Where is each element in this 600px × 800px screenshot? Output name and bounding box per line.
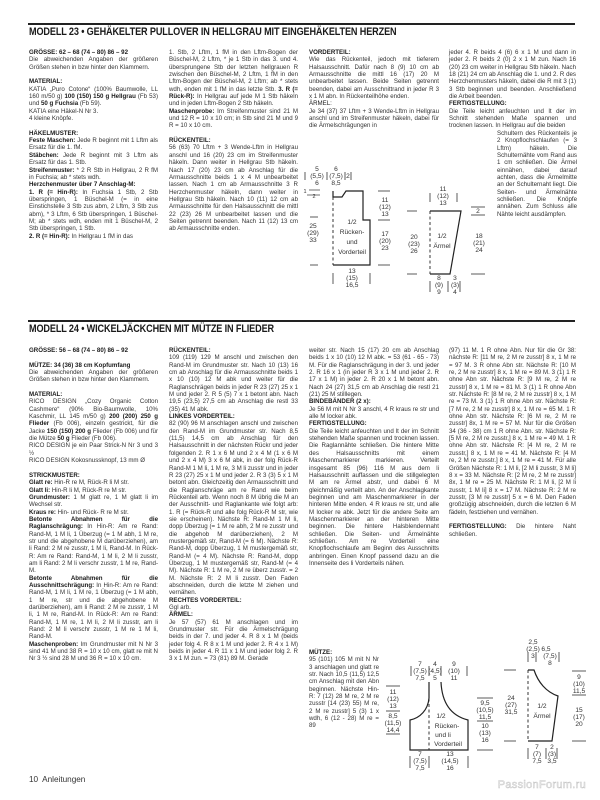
- svg-text:(17): (17): [573, 714, 585, 721]
- material-heading: MATERIAL:: [29, 78, 158, 85]
- fertigstellung-text-2: Schultern des Rückenteils je 2 Knopfloch…: [497, 130, 577, 218]
- modell23-column-3: VORDERTEIL: Wie das Rückenteil, jedoch m…: [309, 49, 439, 130]
- schematic-sleeve-modell-24: 2,5 (2,5) 3 6,5 (7,5) 8 24 (27) 31,5 1/2…: [500, 638, 595, 778]
- svg-text:11: 11: [382, 197, 389, 204]
- svg-text:(7,5): (7,5): [329, 173, 343, 180]
- glatt-li-text: Glatt li: Hin-R li M, Rück-R re M str.: [29, 487, 158, 494]
- svg-text:1: 1: [303, 189, 306, 195]
- svg-text:31,5: 31,5: [505, 709, 518, 716]
- rueckenteil-text: 109 (119) 129 M anschl und zwischen den …: [169, 354, 298, 413]
- material-needle: KATIA eine Häkel-N Nr 3.: [29, 108, 158, 115]
- svg-text:2,5: 2,5: [528, 639, 537, 646]
- svg-text:11: 11: [390, 689, 397, 696]
- svg-text:13: 13: [381, 211, 389, 218]
- svg-text:(27): (27): [505, 702, 517, 709]
- staebchen-text: Stäbchen: Jede R beginnt mit 3 Lftm als …: [29, 152, 158, 167]
- svg-text:11: 11: [440, 186, 447, 193]
- aermel-text: Je 57 (57) 61 M anschlagen und im Grundm…: [169, 619, 298, 663]
- groesse-heading: GRÖSSE: 62 – 68 (74 – 80) 86 – 92: [29, 49, 158, 56]
- svg-text:10: 10: [481, 723, 489, 730]
- haekelmuster-heading: HÄKELMUSTER:: [29, 130, 158, 137]
- feste-maschen-text: Feste Maschen: Jede R beginnt mit 1 Lftm…: [29, 137, 158, 152]
- svg-text:16,5: 16,5: [346, 282, 359, 289]
- svg-text:7: 7: [535, 744, 539, 751]
- herzchenmuster-heading: Herzchenmuster über 7 Anschlag-M:: [29, 181, 158, 188]
- svg-text:7,5: 7,5: [415, 675, 424, 682]
- svg-text:(2,5): (2,5): [526, 646, 540, 653]
- rechtes-vorderteil-text: Ggl arb.: [169, 604, 298, 611]
- ausschnitt-abnahmen-text: Betonte Abnahmen für die Ausschnittschrä…: [29, 575, 158, 641]
- svg-text:20: 20: [410, 234, 418, 241]
- svg-text:(15): (15): [346, 275, 358, 282]
- aermel-continued: jeder 4. R beids 4 (6) 6 x 1 M und dann …: [449, 49, 576, 100]
- page-number: 10: [29, 775, 38, 784]
- svg-text:11,5: 11,5: [479, 714, 492, 721]
- row-1-text: 1. R (= Hin-R): In Fuchsia 1 Stb, 2 Stb …: [29, 189, 158, 233]
- svg-text:14,4: 14,4: [387, 727, 400, 734]
- modell24-column-2: RÜCKENTEIL: 109 (119) 129 M anschl und z…: [169, 347, 298, 663]
- row-2-text: 2. R (= Hin-R): In Hellgrau 1 fM in das: [29, 233, 158, 240]
- svg-text:6: 6: [315, 180, 319, 187]
- svg-text:(7): (7): [533, 751, 541, 758]
- material-buttons: 4 kleine Knöpfe.: [29, 115, 158, 122]
- aermel-text: Je 34 (37) 37 Lftm + 3 Wende-Lftm in Hel…: [309, 108, 439, 130]
- svg-text:5: 5: [315, 166, 319, 173]
- svg-text:25: 25: [309, 223, 317, 230]
- svg-text:(12): (12): [437, 193, 449, 200]
- svg-text:1/2: 1/2: [537, 703, 546, 710]
- svg-text:(3): (3): [548, 751, 556, 758]
- svg-text:(29): (29): [307, 230, 319, 237]
- modell24-column-4: (97) 11 M. 1 R ohne Abn. Nur für die Gr …: [449, 347, 576, 538]
- svg-text:(23): (23): [408, 241, 420, 248]
- svg-text:(12): (12): [387, 696, 399, 703]
- modell23-column-1: GRÖSSE: 62 – 68 (74 – 80) 86 – 92 Die ab…: [29, 49, 158, 240]
- svg-text:(5,5): (5,5): [310, 173, 324, 180]
- fertigstellung-text-1: Die Teile leicht anfeuchten und lt der i…: [449, 108, 576, 130]
- groesse-text: Die abweichenden Angaben der größeren Gr…: [29, 56, 158, 71]
- section-title-modell-24: MODELL 24 • WICKELJÄCKCHEN MIT MÜTZE IN …: [29, 323, 274, 335]
- svg-text:3,5: 3,5: [547, 758, 556, 765]
- svg-text:11,5: 11,5: [573, 688, 586, 695]
- streifenmuster-text: Streifenmuster: * 2 R Stb in Hellgrau, 2…: [29, 167, 158, 182]
- muetze-size-heading: MÜTZE: 34 (36) 38 cm Kopfumfang: [29, 362, 158, 369]
- rueckenteil-heading: RÜCKENTEIL:: [169, 347, 298, 354]
- bindebaender-text: Je 56 M mit N Nr 3 anschl, 4 R kraus re …: [309, 406, 439, 421]
- linkes-vorderteil-text: 82 (90) 96 M anschlagen anschl und zwisc…: [169, 420, 298, 596]
- svg-text:8,5: 8,5: [331, 180, 340, 187]
- svg-text:Rücken-: Rücken-: [435, 723, 460, 730]
- svg-text:11: 11: [451, 675, 458, 682]
- muetze-text: 95 (101) 105 M mit N Nr 3 anschlagen und…: [309, 656, 379, 729]
- svg-text:18: 18: [475, 233, 483, 240]
- material-text: KATIA „Puro Cotone“ (100% Baumwolle, LL …: [29, 86, 158, 108]
- linkes-vorderteil-heading: LINKES VORDERTEIL:: [169, 413, 298, 420]
- svg-text:16: 16: [446, 765, 454, 772]
- svg-text:7: 7: [418, 661, 422, 668]
- svg-text:23: 23: [381, 245, 389, 252]
- magazine-page: MODELL 23 • GEHÄKELTER PULLOVER IN HELLG…: [0, 0, 600, 800]
- svg-text:8: 8: [548, 660, 552, 667]
- svg-text:26: 26: [410, 248, 418, 255]
- fertigstellung-muetze-text: FERTIGSTELLUNG: Die hintere Naht schließ…: [449, 523, 576, 538]
- svg-text:13: 13: [446, 751, 454, 758]
- vorderteil-text: Wie das Rückenteil, jedoch mit tieferem …: [309, 56, 439, 100]
- svg-text:(3): (3): [451, 282, 459, 289]
- muetze-continued: (97) 11 M. 1 R ohne Abn. Nur für die Gr …: [449, 347, 576, 516]
- fertigstellung-heading: FERTIGSTELLUNG:: [309, 420, 439, 427]
- section-title-modell-23: MODELL 23 • GEHÄKELTER PULLOVER IN HELLG…: [29, 26, 396, 38]
- strickmuster-heading: STRICKMUSTER:: [29, 472, 158, 479]
- watermark: PassionForum.ru: [498, 779, 586, 791]
- svg-text:13: 13: [439, 200, 447, 207]
- aermel-continued: weiter str. Nach 15 (17) 20 cm ab Anschl…: [309, 347, 439, 398]
- svg-text:1/2: 1/2: [436, 713, 445, 720]
- material-text: RICO DESIGN „Cozy Organic Cotton Cashmer…: [29, 398, 158, 442]
- svg-text:4: 4: [453, 289, 457, 296]
- material-button: RICO DESIGN Kokosnussknopf, 13 mm Ø: [29, 457, 158, 464]
- svg-text:6,5: 6,5: [541, 646, 550, 653]
- svg-text:8: 8: [437, 275, 441, 282]
- material-heading: MATERIAL:: [29, 391, 158, 398]
- groesse-heading: GRÖSSE: 56 – 68 (74 – 80) 86 – 92: [29, 347, 158, 354]
- svg-text:Rücken-: Rücken-: [340, 229, 365, 236]
- grundmuster-text: Grundmuster: 1 M glatt re, 1 M glatt li …: [29, 494, 158, 509]
- svg-text:Ärmel: Ärmel: [533, 712, 551, 720]
- svg-text:7,5: 7,5: [415, 765, 424, 772]
- section-rule-modell-24: [28, 320, 575, 322]
- modell23-column-4: jeder 4. R beids 4 (6) 6 x 1 M und dann …: [449, 49, 576, 130]
- schematic-body-modell-23: 5 (5,5) 6 6 (7,5) 8,5 2 1 2 25 (29) 33: [300, 160, 410, 300]
- svg-text:9: 9: [437, 289, 441, 296]
- svg-text:33: 33: [309, 237, 317, 244]
- svg-text:24: 24: [475, 247, 483, 254]
- muetze-heading: MÜTZE:: [309, 649, 379, 656]
- aermel-heading: ÄRMEL:: [309, 100, 439, 107]
- svg-text:24: 24: [507, 695, 515, 702]
- fertigstellung-text: Die Teile leicht anfeuchten und lt der i…: [309, 428, 439, 568]
- svg-text:1/2: 1/2: [437, 233, 446, 240]
- svg-text:(7,5): (7,5): [413, 758, 427, 765]
- svg-text:3: 3: [453, 275, 457, 282]
- raglan-abnahmen-text: Betonte Abnahmen für die Raglanschrägung…: [29, 516, 158, 575]
- svg-text:15: 15: [575, 707, 583, 714]
- svg-text:(7,5): (7,5): [413, 668, 427, 675]
- svg-text:9,5: 9,5: [480, 700, 489, 707]
- svg-text:(10,5): (10,5): [476, 707, 493, 714]
- svg-text:7,5: 7,5: [532, 758, 541, 765]
- bindebaender-heading: BINDEBÄNDER (2 x):: [309, 398, 439, 405]
- glatt-re-text: Glatt re: Hin-R re M, Rück-R li M str.: [29, 479, 158, 486]
- schematic-sleeve-modell-23: 11 (12) 13 20 (23) 26 1/2 Ärmel 2 18 (21…: [405, 185, 487, 300]
- groesse-text: Die abweichenden Angaben der größeren Gr…: [29, 369, 158, 384]
- svg-text:2: 2: [476, 208, 480, 215]
- svg-text:16: 16: [481, 737, 489, 744]
- svg-text:(12): (12): [379, 204, 391, 211]
- svg-text:(9): (9): [435, 282, 443, 289]
- svg-text:(21): (21): [473, 240, 485, 247]
- svg-text:17: 17: [381, 231, 389, 238]
- svg-text:(4,5): (4,5): [428, 668, 442, 675]
- svg-text:(14,5): (14,5): [441, 758, 458, 765]
- rechtes-vorderteil-heading: RECHTES VORDERTEIL:: [169, 597, 298, 604]
- herzchenmuster-continued: 1. Stb, 2 Lftm, 1 fM in den Lftm-Bogen d…: [169, 49, 298, 108]
- svg-text:(10): (10): [573, 681, 585, 688]
- svg-text:Vorderteil: Vorderteil: [434, 741, 462, 748]
- svg-text:9: 9: [577, 674, 581, 681]
- svg-text:3: 3: [531, 653, 535, 660]
- svg-text:9: 9: [452, 661, 456, 668]
- svg-text:Ärmel: Ärmel: [433, 242, 451, 250]
- rueckenteil-text: 56 (63) 70 Lftm + 3 Wende-Lftm in Hellgr…: [169, 144, 298, 232]
- modell23-column-2: 1. Stb, 2 Lftm, 1 fM in den Lftm-Bogen d…: [169, 49, 298, 233]
- svg-text:und li: und li: [435, 732, 451, 739]
- schematic-body-modell-24: 7 (7,5) 7,5 4 (4,5) 5 9 (10) 11 11 (12) …: [380, 660, 505, 775]
- kraus-re-text: Kraus re: Hin- und Rück- R re M str.: [29, 509, 158, 516]
- fertigstellung-heading: FERTIGSTELLUNG:: [449, 100, 576, 107]
- modell24-column-1: GRÖSSE: 56 – 68 (74 – 80) 86 – 92 MÜTZE:…: [29, 347, 158, 663]
- section-rule-modell-23: [28, 23, 575, 25]
- svg-text:(11,5): (11,5): [385, 720, 402, 727]
- svg-text:(7,5): (7,5): [543, 653, 557, 660]
- material-needles: RICO DESIGN je ein Paar Strick-N Nr 3 un…: [29, 442, 158, 457]
- muetze-block: MÜTZE: 95 (101) 105 M mit N Nr 3 anschla…: [309, 649, 379, 730]
- aermel-heading: ÄRMEL:: [169, 611, 298, 618]
- svg-text:(13): (13): [479, 730, 491, 737]
- maschenproben-text: Maschenproben: Im Grundmuster mit N Nr 3…: [29, 641, 158, 663]
- page-section-label: Anleitungen: [42, 775, 85, 784]
- svg-text:Vorderteil: Vorderteil: [338, 249, 366, 256]
- svg-text:8,5: 8,5: [388, 713, 397, 720]
- rueckenteil-heading: RÜCKENTEIL:: [169, 137, 298, 144]
- svg-text:(10): (10): [448, 668, 460, 675]
- vorderteil-heading: VORDERTEIL:: [309, 49, 439, 56]
- svg-text:1/2: 1/2: [347, 219, 356, 226]
- svg-text:4: 4: [433, 661, 437, 668]
- svg-text:und: und: [346, 239, 357, 246]
- svg-text:2: 2: [346, 173, 350, 180]
- modell24-column-3: weiter str. Nach 15 (17) 20 cm ab Anschl…: [309, 347, 439, 575]
- svg-text:7: 7: [418, 751, 422, 758]
- svg-text:13: 13: [348, 268, 356, 275]
- svg-text:6: 6: [334, 166, 338, 173]
- svg-text:2: 2: [550, 744, 554, 751]
- maschenprobe-text: Maschenprobe: Im Streifenmuster sind 21 …: [169, 108, 298, 130]
- svg-text:20: 20: [575, 721, 583, 728]
- page-footer: 10Anleitungen: [29, 775, 85, 784]
- svg-text:13: 13: [389, 703, 397, 710]
- svg-text:(20): (20): [379, 238, 391, 245]
- svg-text:5: 5: [433, 675, 437, 682]
